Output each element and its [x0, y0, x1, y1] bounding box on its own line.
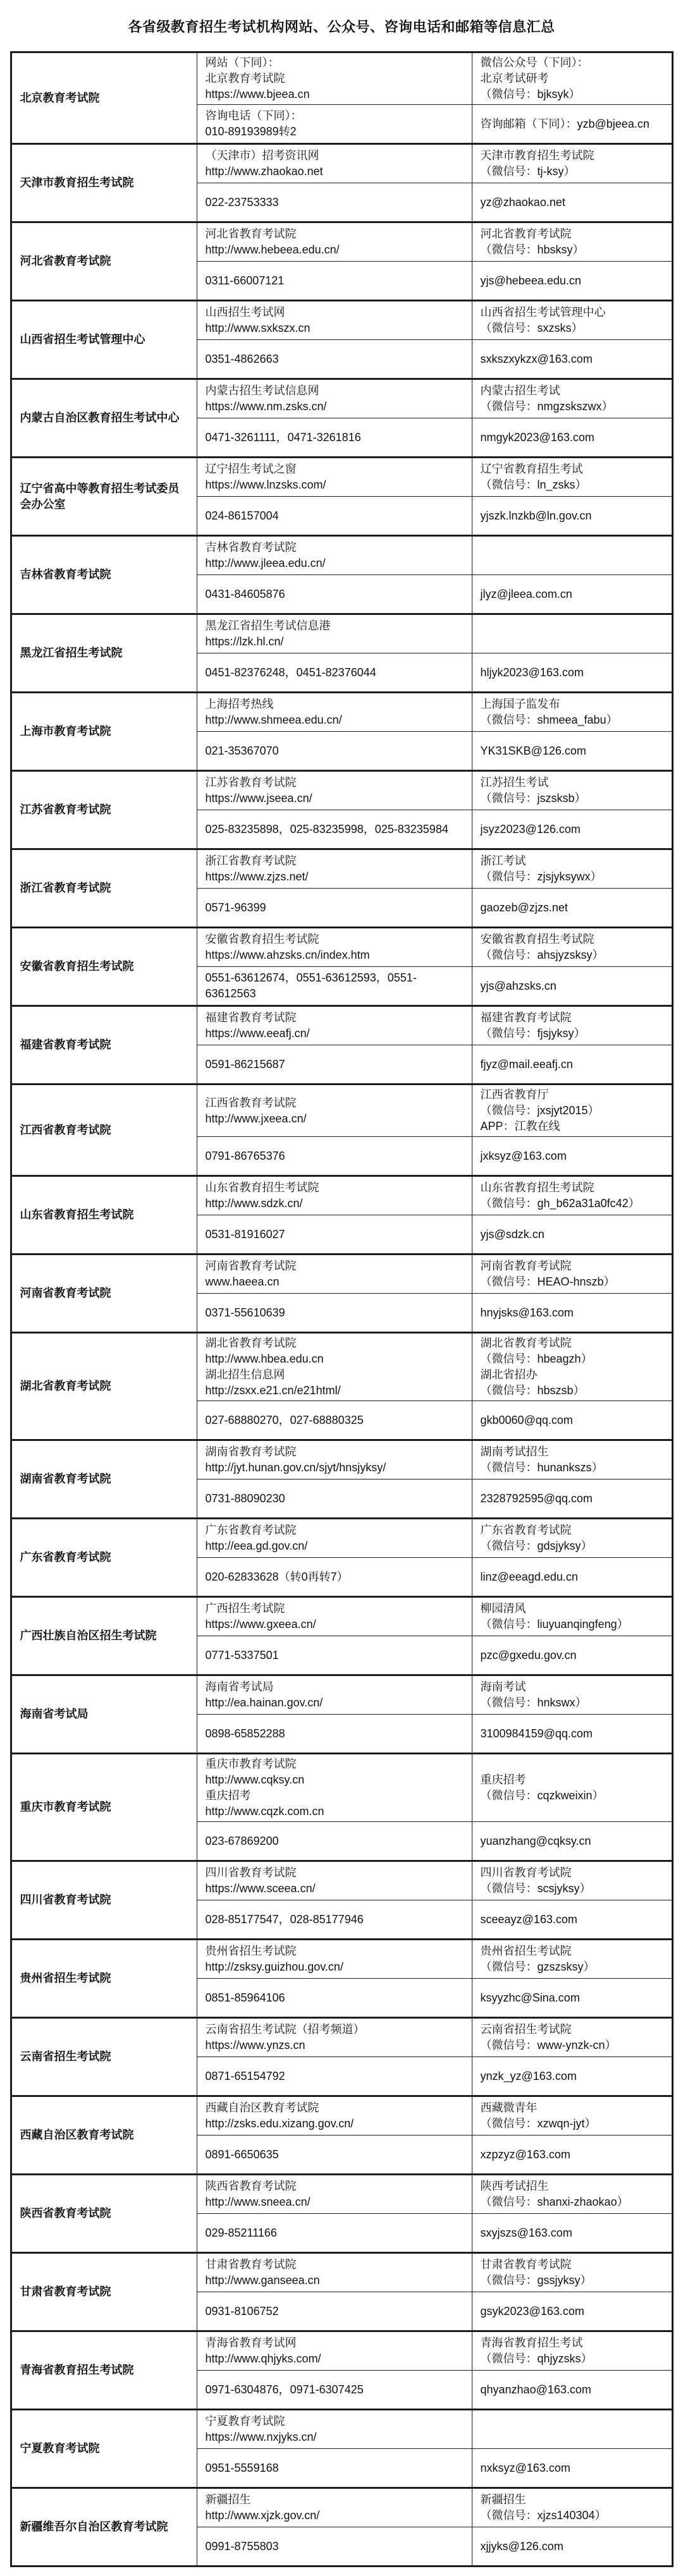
institution-name: 福建省教育考试院 — [11, 1006, 197, 1084]
url-line: http://www.sxkszx.cn — [206, 320, 464, 336]
text-line: 0371-55610639 — [206, 1305, 464, 1321]
url-line: http://www.qhjyks.com/ — [206, 2351, 464, 2367]
phone-cell: 025-83235898，025-83235998，025-83235984 — [197, 810, 472, 849]
phone-cell: 0898-65852288 — [197, 1715, 472, 1754]
text-line: 黑龙江省招生考试信息港 — [206, 618, 464, 634]
text-line: 宁夏教育考试院 — [206, 2414, 464, 2429]
url-line: http://www.sdzk.cn/ — [206, 1196, 464, 1212]
text-line: 江苏省教育考试院 — [206, 775, 464, 791]
email-cell: yz@zhaokao.net — [472, 183, 672, 222]
text-line: 西藏微青年 — [481, 2100, 663, 2116]
phone-cell: 0371-55610639 — [197, 1294, 472, 1333]
url-line: http://www.jxeea.cn/ — [206, 1111, 464, 1127]
text-line: YK31SKB@126.com — [481, 743, 663, 759]
institution-name: 海南省考试局 — [11, 1675, 197, 1754]
institution-name: 河北省教育考试院 — [11, 222, 197, 301]
url-line: https://lzk.hl.cn/ — [206, 634, 464, 650]
url-line: http://www.cqksy.cn — [206, 1772, 464, 1788]
website-cell: 河南省教育考试院www.haeea.cn — [197, 1255, 472, 1294]
text-line: 山东省教育招生考试院 — [206, 1180, 464, 1196]
institution-name: 甘肃省教育考试院 — [11, 2253, 197, 2331]
phone-cell: 0971-6304876，0971-6307425 — [197, 2371, 472, 2410]
table-row: 云南省招生考试院云南省招生考试院（招考频道）https://www.ynzs.c… — [11, 2018, 672, 2057]
wechat-cell: 内蒙古招生考试（微信号：nmgzskszwx） — [472, 379, 672, 418]
text-line: qhyanzhao@163.com — [481, 2382, 663, 2398]
text-line: sxyjszs@163.com — [481, 2225, 663, 2241]
email-cell: qhyanzhao@163.com — [472, 2371, 672, 2410]
text-line: 河北省教育考试院 — [206, 226, 464, 242]
text-line: 湖北招生信息网 — [206, 1367, 464, 1383]
wechat-cell: 四川省教育考试院（微信号：scsjyksy） — [472, 1861, 672, 1900]
text-line: 江西省教育厅 — [481, 1087, 663, 1103]
text-line: 上海招考热线 — [206, 696, 464, 712]
institution-name: 辽宁省高中等教育招生考试委员会办公室 — [11, 458, 197, 536]
phone-cell: 0731-88090230 — [197, 1479, 472, 1519]
website-cell: 上海招考热线http://www.shmeea.edu.cn/ — [197, 693, 472, 732]
table-row: 天津市教育招生考试院（天津市）招考资讯网http://www.zhaokao.n… — [11, 144, 672, 183]
text-line: 甘肃省教育考试院 — [481, 2257, 663, 2273]
institution-name: 陕西省教育考试院 — [11, 2175, 197, 2253]
institution-name: 黑龙江省招生考试院 — [11, 614, 197, 693]
text-line: 山西省招生考试管理中心 — [481, 305, 663, 320]
url-line: http://jyt.hunan.gov.cn/sjyt/hnsjyksy/ — [206, 1460, 464, 1476]
table-row: 安徽省教育招生考试院安徽省教育招生考试院https://www.ahzsks.c… — [11, 928, 672, 967]
text-line: hljyk2023@163.com — [481, 665, 663, 681]
institution-name: 宁夏教育考试院 — [11, 2410, 197, 2488]
text-line: sxkszxykzx@163.com — [481, 351, 663, 367]
text-line: （微信号：scsjyksy） — [481, 1881, 663, 1897]
email-cell: nxksyz@163.com — [472, 2449, 672, 2488]
text-line: （微信号：cqzkweixin） — [481, 1788, 663, 1804]
email-cell: yjs@ahzsks.cn — [472, 967, 672, 1006]
text-line: 028-85177547，028-85177946 — [206, 1912, 464, 1928]
text-line: 0451-82376248，0451-82376044 — [206, 665, 464, 681]
text-line: xjjyks@126.com — [481, 2539, 663, 2555]
website-cell: 新疆招生http://www.xjzk.gov.cn/ — [197, 2488, 472, 2527]
phone-cell: 027-68880270，027-68880325 — [197, 1401, 472, 1440]
email-cell: linz@eeagd.edu.cn — [472, 1558, 672, 1597]
table-row: 青海省教育招生考试院青海省教育考试网http://www.qhjyks.com/… — [11, 2331, 672, 2371]
url-line: https://www.sceea.cn/ — [206, 1881, 464, 1897]
url-line: http://www.xjzk.gov.cn/ — [206, 2508, 464, 2524]
table-row: 四川省教育考试院四川省教育考试院https://www.sceea.cn/四川省… — [11, 1861, 672, 1900]
text-line: 内蒙古招生考试 — [481, 383, 663, 399]
text-line: 湖南省教育考试院 — [206, 1444, 464, 1460]
website-cell: 陕西省教育考试院http://www.sneea.cn/ — [197, 2175, 472, 2214]
table-row: 甘肃省教育考试院甘肃省教育考试院http://www.ganseea.cn甘肃省… — [11, 2253, 672, 2292]
text-line: 0951-5559168 — [206, 2460, 464, 2476]
institution-name: 青海省教育招生考试院 — [11, 2331, 197, 2410]
table-row: 河北省教育考试院河北省教育考试院http://www.hebeea.edu.cn… — [11, 222, 672, 262]
url-line: https://www.ahzsks.cn/index.htm — [206, 947, 464, 963]
text-line: （微信号：zjsjyksywx） — [481, 869, 663, 885]
email-cell: hnyjsks@163.com — [472, 1294, 672, 1333]
text-line: 新疆招生 — [481, 2492, 663, 2508]
website-cell: 内蒙古招生考试信息网https://www.nm.zsks.cn/ — [197, 379, 472, 418]
text-line: gaozeb@zjzs.net — [481, 900, 663, 916]
website-cell: 宁夏教育考试院https://www.nxjyks.cn/ — [197, 2410, 472, 2449]
website-cell: 四川省教育考试院https://www.sceea.cn/ — [197, 1861, 472, 1900]
url-line: www.haeea.cn — [206, 1274, 464, 1290]
text-line: （微信号：ahsjyzsksy） — [481, 947, 663, 963]
url-line: http://eea.gd.gov.cn/ — [206, 1538, 464, 1554]
institution-name: 内蒙古自治区教育招生考试中心 — [11, 379, 197, 458]
wechat-cell: 福建省教育考试院（微信号：fjsjyksy） — [472, 1006, 672, 1045]
wechat-cell: 青海省教育招生考试（微信号：qhjyzsks） — [472, 2331, 672, 2371]
text-line: 内蒙古招生考试信息网 — [206, 383, 464, 399]
phone-cell: 0791-86765376 — [197, 1137, 472, 1176]
text-line: 河南省教育考试院 — [206, 1258, 464, 1274]
website-cell: 辽宁招生考试之窗https://www.lnzsks.com/ — [197, 458, 472, 497]
text-line: 天津市教育招生考试院 — [481, 148, 663, 164]
website-cell: 湖北省教育考试院http://www.hbea.edu.cn湖北招生信息网htt… — [197, 1333, 472, 1401]
table-row: 海南省考试局海南省考试局http://ea.hainan.gov.cn/海南考试… — [11, 1675, 672, 1715]
table-row: 新疆维吾尔自治区教育考试院新疆招生http://www.xjzk.gov.cn/… — [11, 2488, 672, 2527]
text-line: 湖北省教育考试院 — [206, 1335, 464, 1351]
text-line: （微信号：nmgzskszwx） — [481, 399, 663, 415]
text-line: 海南省考试局 — [206, 1679, 464, 1695]
url-line: https://www.jseea.cn/ — [206, 791, 464, 806]
text-line: sceeayz@163.com — [481, 1912, 663, 1928]
email-cell: yuanzhang@cqksy.cn — [472, 1822, 672, 1861]
email-cell: fjyz@mail.eeafj.cn — [472, 1045, 672, 1084]
text-line: 010-89193989转2 — [206, 124, 464, 140]
institutions-table-body: 北京教育考试院网站（下同）：北京教育考试院https://www.bjeea.c… — [11, 52, 672, 2567]
institution-name: 吉林省教育考试院 — [11, 536, 197, 614]
website-cell: 吉林省教育考试院http://www.jleea.edu.cn/ — [197, 536, 472, 575]
url-line: https://www.gxeea.cn/ — [206, 1617, 464, 1632]
text-line: 029-85211166 — [206, 2225, 464, 2241]
url-line: http://www.zhaokao.net — [206, 164, 464, 179]
email-cell: sxyjszs@163.com — [472, 2214, 672, 2253]
url-line: https://www.eeafj.cn/ — [206, 1026, 464, 1042]
text-line: 0311-66007121 — [206, 273, 464, 289]
text-line: 025-83235898，025-83235998，025-83235984 — [206, 822, 464, 837]
text-line: （微信号：gssjyksy） — [481, 2273, 663, 2288]
institution-name: 安徽省教育招生考试院 — [11, 928, 197, 1006]
text-line: 辽宁招生考试之窗 — [206, 461, 464, 477]
table-row: 湖北省教育考试院湖北省教育考试院http://www.hbea.edu.cn湖北… — [11, 1333, 672, 1401]
text-line: （微信号：hnkswx） — [481, 1695, 663, 1711]
text-line: 湖北省招办 — [481, 1367, 663, 1383]
text-line: 湖北省教育考试院 — [481, 1335, 663, 1351]
text-line: 云南省招生考试院 — [481, 2022, 663, 2038]
page: 各省级教育招生考试机构网站、公众号、咨询电话和邮箱等信息汇总 北京教育考试院网站… — [0, 0, 683, 2576]
institution-name: 四川省教育考试院 — [11, 1861, 197, 1940]
text-line: ynzk_yz@163.com — [481, 2069, 663, 2084]
website-cell: 山东省教育招生考试院http://www.sdzk.cn/ — [197, 1176, 472, 1215]
phone-cell: 0471-3261111，0471-3261816 — [197, 418, 472, 458]
website-cell: 甘肃省教育考试院http://www.ganseea.cn — [197, 2253, 472, 2292]
phone-cell: 0851-85964106 — [197, 1979, 472, 2018]
text-line: 0891-6650635 — [206, 2147, 464, 2163]
text-line: pzc@gxedu.gov.cn — [481, 1648, 663, 1663]
email-cell: jsyz2023@126.com — [472, 810, 672, 849]
email-cell: sxkszxykzx@163.com — [472, 340, 672, 379]
text-line: 吉林省教育考试院 — [206, 540, 464, 556]
table-row: 江苏省教育考试院江苏省教育考试院https://www.jseea.cn/江苏招… — [11, 771, 672, 810]
phone-cell: 022-23753333 — [197, 183, 472, 222]
url-line: https://www.nm.zsks.cn/ — [206, 399, 464, 415]
text-line: 甘肃省教育考试院 — [206, 2257, 464, 2273]
institution-name: 江西省教育考试院 — [11, 1084, 197, 1176]
text-line: 辽宁省教育招生考试 — [481, 461, 663, 477]
email-cell: 2328792595@qq.com — [472, 1479, 672, 1519]
text-line: 海南考试 — [481, 1679, 663, 1695]
email-cell: yjs@hebeea.edu.cn — [472, 262, 672, 301]
website-cell: 重庆市教育考试院http://www.cqksy.cn重庆招考http://ww… — [197, 1754, 472, 1822]
text-line: yz@zhaokao.net — [481, 195, 663, 210]
url-line: http://www.jleea.edu.cn/ — [206, 556, 464, 571]
email-cell: gaozeb@zjzs.net — [472, 889, 672, 928]
text-line: （微信号：shanxi-zhaokao） — [481, 2194, 663, 2210]
email-cell: jlyz@jleea.com.cn — [472, 575, 672, 614]
phone-cell: 0451-82376248，0451-82376044 — [197, 653, 472, 693]
text-line: 0898-65852288 — [206, 1726, 464, 1742]
text-line: 重庆招考 — [206, 1788, 464, 1804]
text-line: 024-86157004 — [206, 508, 464, 524]
text-line: nxksyz@163.com — [481, 2460, 663, 2476]
phone-cell: 0891-6650635 — [197, 2136, 472, 2175]
text-line: 江苏招生考试 — [481, 775, 663, 791]
text-line: 重庆市教育考试院 — [206, 1756, 464, 1772]
institution-name: 贵州省招生考试院 — [11, 1940, 197, 2018]
text-line: 网站（下同）： — [206, 55, 464, 71]
text-line: 福建省教育考试院 — [481, 1010, 663, 1026]
website-cell: 黑龙江省招生考试信息港https://lzk.hl.cn/ — [197, 614, 472, 653]
text-line: 021-35367070 — [206, 743, 464, 759]
text-line: 0771-5337501 — [206, 1648, 464, 1663]
url-line: http://zsxx.e21.cn/e21html/ — [206, 1383, 464, 1399]
email-cell: 3100984159@qq.com — [472, 1715, 672, 1754]
institution-name: 新疆维吾尔自治区教育考试院 — [11, 2488, 197, 2567]
table-row: 宁夏教育考试院宁夏教育考试院https://www.nxjyks.cn/ — [11, 2410, 672, 2449]
institution-name: 重庆市教育考试院 — [11, 1754, 197, 1861]
email-cell: xzpzyz@163.com — [472, 2136, 672, 2175]
institution-name: 天津市教育招生考试院 — [11, 144, 197, 222]
wechat-cell: 重庆招考（微信号：cqzkweixin） — [472, 1754, 672, 1822]
institution-name: 山西省招生考试管理中心 — [11, 301, 197, 379]
text-line: jsyz2023@126.com — [481, 822, 663, 837]
text-line: 上海国子监发布 — [481, 696, 663, 712]
text-line: 咨询邮箱（下同）：yzb@bjeea.cn — [481, 116, 663, 132]
table-row: 西藏自治区教育考试院西藏自治区教育考试院http://zsks.edu.xiza… — [11, 2096, 672, 2136]
url-line: http://www.hebeea.edu.cn/ — [206, 242, 464, 258]
wechat-cell: 河北省教育考试院（微信号：hbsksy） — [472, 222, 672, 262]
phone-cell: 0771-5337501 — [197, 1636, 472, 1675]
text-line: 0351-4862663 — [206, 351, 464, 367]
email-cell: sceeayz@163.com — [472, 1900, 672, 1940]
text-line: linz@eeagd.edu.cn — [481, 1569, 663, 1585]
text-line: 新疆招生 — [206, 2492, 464, 2508]
wechat-cell: 山东省教育招生考试院（微信号：gh_b62a31a0fc42） — [472, 1176, 672, 1215]
wechat-cell: 浙江考试（微信号：zjsjyksywx） — [472, 849, 672, 889]
url-line: https://www.nxjyks.cn/ — [206, 2429, 464, 2445]
wechat-cell: 山西省招生考试管理中心（微信号：sxzsks） — [472, 301, 672, 340]
text-line: yjs@ahzsks.cn — [481, 978, 663, 994]
website-cell: 广西招生考试院https://www.gxeea.cn/ — [197, 1597, 472, 1636]
table-row: 重庆市教育考试院重庆市教育考试院http://www.cqksy.cn重庆招考h… — [11, 1754, 672, 1822]
text-line: 咨询电话（下同）： — [206, 108, 464, 124]
institutions-table: 北京教育考试院网站（下同）：北京教育考试院https://www.bjeea.c… — [10, 51, 674, 2567]
wechat-cell — [472, 2410, 672, 2449]
url-line: http://zsksy.guizhou.gov.cn/ — [206, 1959, 464, 1975]
text-line: （微信号：tj-ksy） — [481, 164, 663, 179]
text-line: 青海省教育考试网 — [206, 2335, 464, 2351]
text-line: 山东省教育招生考试院 — [481, 1180, 663, 1196]
phone-cell: 023-67869200 — [197, 1822, 472, 1861]
website-cell: 安徽省教育招生考试院https://www.ahzsks.cn/index.ht… — [197, 928, 472, 967]
institution-name: 山东省教育招生考试院 — [11, 1176, 197, 1255]
text-line: 0571-96399 — [206, 900, 464, 916]
wechat-cell — [472, 536, 672, 575]
text-line: 0991-8755803 — [206, 2539, 464, 2555]
table-row: 上海市教育考试院上海招考热线http://www.shmeea.edu.cn/上… — [11, 693, 672, 732]
text-line: （微信号：HEAO-hnszb） — [481, 1274, 663, 1290]
institution-name: 湖南省教育考试院 — [11, 1440, 197, 1519]
website-cell: 西藏自治区教育考试院http://zsks.edu.xizang.gov.cn/ — [197, 2096, 472, 2136]
text-line: 江西省教育考试院 — [206, 1095, 464, 1111]
text-line: 020-62833628（转0再转7） — [206, 1569, 464, 1585]
text-line: 023-67869200 — [206, 1833, 464, 1849]
text-line: 0531-81916027 — [206, 1227, 464, 1242]
text-line: 安徽省教育招生考试院 — [206, 932, 464, 947]
table-row: 内蒙古自治区教育招生考试中心内蒙古招生考试信息网https://www.nm.z… — [11, 379, 672, 418]
wechat-cell: 湖南考试招生（微信号：hunankszs） — [472, 1440, 672, 1479]
email-cell: 咨询邮箱（下同）：yzb@bjeea.cn — [472, 105, 672, 144]
website-cell: 浙江省教育考试院https://www.zjzs.net/ — [197, 849, 472, 889]
text-line: 027-68880270，027-68880325 — [206, 1413, 464, 1428]
website-cell: 江西省教育考试院http://www.jxeea.cn/ — [197, 1084, 472, 1137]
text-line: nmgyk2023@163.com — [481, 430, 663, 446]
phone-cell: 0871-65154792 — [197, 2057, 472, 2096]
table-row: 陕西省教育考试院陕西省教育考试院http://www.sneea.cn/陕西考试… — [11, 2175, 672, 2214]
email-cell: nmgyk2023@163.com — [472, 418, 672, 458]
institution-name: 河南省教育考试院 — [11, 1255, 197, 1333]
text-line: （微信号：ln_zsks） — [481, 477, 663, 493]
text-line: （微信号：hbeagzh） — [481, 1351, 663, 1367]
text-line: 0591-86215687 — [206, 1057, 464, 1072]
wechat-cell: 柳园清风（微信号：liuyuanqingfeng） — [472, 1597, 672, 1636]
text-line: 西藏自治区教育考试院 — [206, 2100, 464, 2116]
text-line: （微信号：qhjyzsks） — [481, 2351, 663, 2367]
phone-cell: 0351-4862663 — [197, 340, 472, 379]
phone-cell: 0531-81916027 — [197, 1215, 472, 1255]
wechat-cell: 微信公众号（下同）：北京考试研考（微信号：bjksyk） — [472, 52, 672, 105]
website-cell: 湖南省教育考试院http://jyt.hunan.gov.cn/sjyt/hns… — [197, 1440, 472, 1479]
text-line: ksyyzhc@Sina.com — [481, 1990, 663, 2006]
email-cell: gkb0060@qq.com — [472, 1401, 672, 1440]
text-line: 青海省教育招生考试 — [481, 2335, 663, 2351]
phone-cell: 0991-8755803 — [197, 2527, 472, 2567]
email-cell: ynzk_yz@163.com — [472, 2057, 672, 2096]
wechat-cell: 贵州省招生考试院（微信号：gzszsksy） — [472, 1940, 672, 1979]
table-row: 辽宁省高中等教育招生考试委员会办公室辽宁招生考试之窗https://www.ln… — [11, 458, 672, 497]
phone-cell: 0551-63612674，0551-63612593，0551-6361256… — [197, 967, 472, 1006]
text-line: yjs@sdzk.cn — [481, 1227, 663, 1242]
institution-name: 江苏省教育考试院 — [11, 771, 197, 849]
text-line: 云南省招生考试院（招考频道） — [206, 2022, 464, 2038]
text-line: 河北省教育考试院 — [481, 226, 663, 242]
text-line: 北京考试研考 — [481, 71, 663, 87]
text-line: （微信号：gh_b62a31a0fc42） — [481, 1196, 663, 1212]
text-line: 2328792595@qq.com — [481, 1491, 663, 1507]
text-line: 0791-86765376 — [206, 1148, 464, 1164]
wechat-cell: 云南省招生考试院（微信号：www-ynzk-cn） — [472, 2018, 672, 2057]
text-line: 广东省教育考试院 — [481, 1522, 663, 1538]
text-line: （微信号：jszsksb） — [481, 791, 663, 806]
table-row: 广东省教育考试院广东省教育考试院http://eea.gd.gov.cn/广东省… — [11, 1519, 672, 1558]
text-line: xzpzyz@163.com — [481, 2147, 663, 2163]
wechat-cell: 天津市教育招生考试院（微信号：tj-ksy） — [472, 144, 672, 183]
website-cell: 山西招生考试网http://www.sxkszx.cn — [197, 301, 472, 340]
website-cell: 福建省教育考试院https://www.eeafj.cn/ — [197, 1006, 472, 1045]
text-line: 0731-88090230 — [206, 1491, 464, 1507]
website-cell: 河北省教育考试院http://www.hebeea.edu.cn/ — [197, 222, 472, 262]
institution-name: 上海市教育考试院 — [11, 693, 197, 771]
text-line: 贵州省招生考试院 — [481, 1943, 663, 1959]
text-line: 四川省教育考试院 — [481, 1865, 663, 1881]
table-row: 广西壮族自治区招生考试院广西招生考试院https://www.gxeea.cn/… — [11, 1597, 672, 1636]
page-title: 各省级教育招生考试机构网站、公众号、咨询电话和邮箱等信息汇总 — [0, 16, 683, 36]
text-line: 浙江省教育考试院 — [206, 853, 464, 869]
text-line: 0431-84605876 — [206, 586, 464, 602]
text-line: 0471-3261111，0471-3261816 — [206, 430, 464, 446]
wechat-cell — [472, 614, 672, 653]
text-line: 山西招生考试网 — [206, 305, 464, 320]
text-line: 浙江考试 — [481, 853, 663, 869]
url-line: http://www.hbea.edu.cn — [206, 1351, 464, 1367]
text-line: gkb0060@qq.com — [481, 1413, 663, 1428]
url-line: https://www.bjeea.cn — [206, 87, 464, 102]
wechat-cell: 安徽省教育招生考试院（微信号：ahsjyzsksy） — [472, 928, 672, 967]
institution-name: 浙江省教育考试院 — [11, 849, 197, 928]
text-line: 广东省教育考试院 — [206, 1522, 464, 1538]
wechat-cell: 江西省教育厅（微信号：jxsjyt2015）APP：江教在线 — [472, 1084, 672, 1137]
wechat-cell: 新疆招生（微信号：xjzs140304） — [472, 2488, 672, 2527]
text-line: 0551-63612674，0551-63612593，0551-6361256… — [206, 970, 464, 1002]
text-line: 0851-85964106 — [206, 1990, 464, 2006]
url-line: http://www.ganseea.cn — [206, 2273, 464, 2288]
website-cell: 青海省教育考试网http://www.qhjyks.com/ — [197, 2331, 472, 2371]
text-line: （微信号：jxsjyt2015） — [481, 1103, 663, 1119]
text-line: （微信号：hunankszs） — [481, 1460, 663, 1476]
text-line: 0931-8106752 — [206, 2304, 464, 2319]
website-cell: 海南省考试局http://ea.hainan.gov.cn/ — [197, 1675, 472, 1715]
text-line: 湖南考试招生 — [481, 1444, 663, 1460]
text-line: 陕西省教育考试院 — [206, 2178, 464, 2194]
text-line: APP：江教在线 — [481, 1119, 663, 1134]
text-line: （微信号：hbszsb） — [481, 1383, 663, 1399]
wechat-cell: 河南省教育考试院（微信号：HEAO-hnszb） — [472, 1255, 672, 1294]
email-cell: jxksyz@163.com — [472, 1137, 672, 1176]
table-row: 湖南省教育考试院湖南省教育考试院http://jyt.hunan.gov.cn/… — [11, 1440, 672, 1479]
text-line: 0871-65154792 — [206, 2069, 464, 2084]
wechat-cell: 西藏微青年（微信号：xzwqn-jyt） — [472, 2096, 672, 2136]
website-cell: 网站（下同）：北京教育考试院https://www.bjeea.cn — [197, 52, 472, 105]
text-line: 柳园清风 — [481, 1601, 663, 1617]
text-line: 四川省教育考试院 — [206, 1865, 464, 1881]
url-line: http://www.cqzk.com.cn — [206, 1804, 464, 1820]
phone-cell: 0951-5559168 — [197, 2449, 472, 2488]
text-line: （微信号：xzwqn-jyt） — [481, 2116, 663, 2132]
text-line: （微信号：gdsjyksy） — [481, 1538, 663, 1554]
phone-cell: 0571-96399 — [197, 889, 472, 928]
email-cell: xjjyks@126.com — [472, 2527, 672, 2567]
wechat-cell: 湖北省教育考试院（微信号：hbeagzh）湖北省招办（微信号：hbszsb） — [472, 1333, 672, 1401]
phone-cell: 0311-66007121 — [197, 262, 472, 301]
email-cell: ksyyzhc@Sina.com — [472, 1979, 672, 2018]
